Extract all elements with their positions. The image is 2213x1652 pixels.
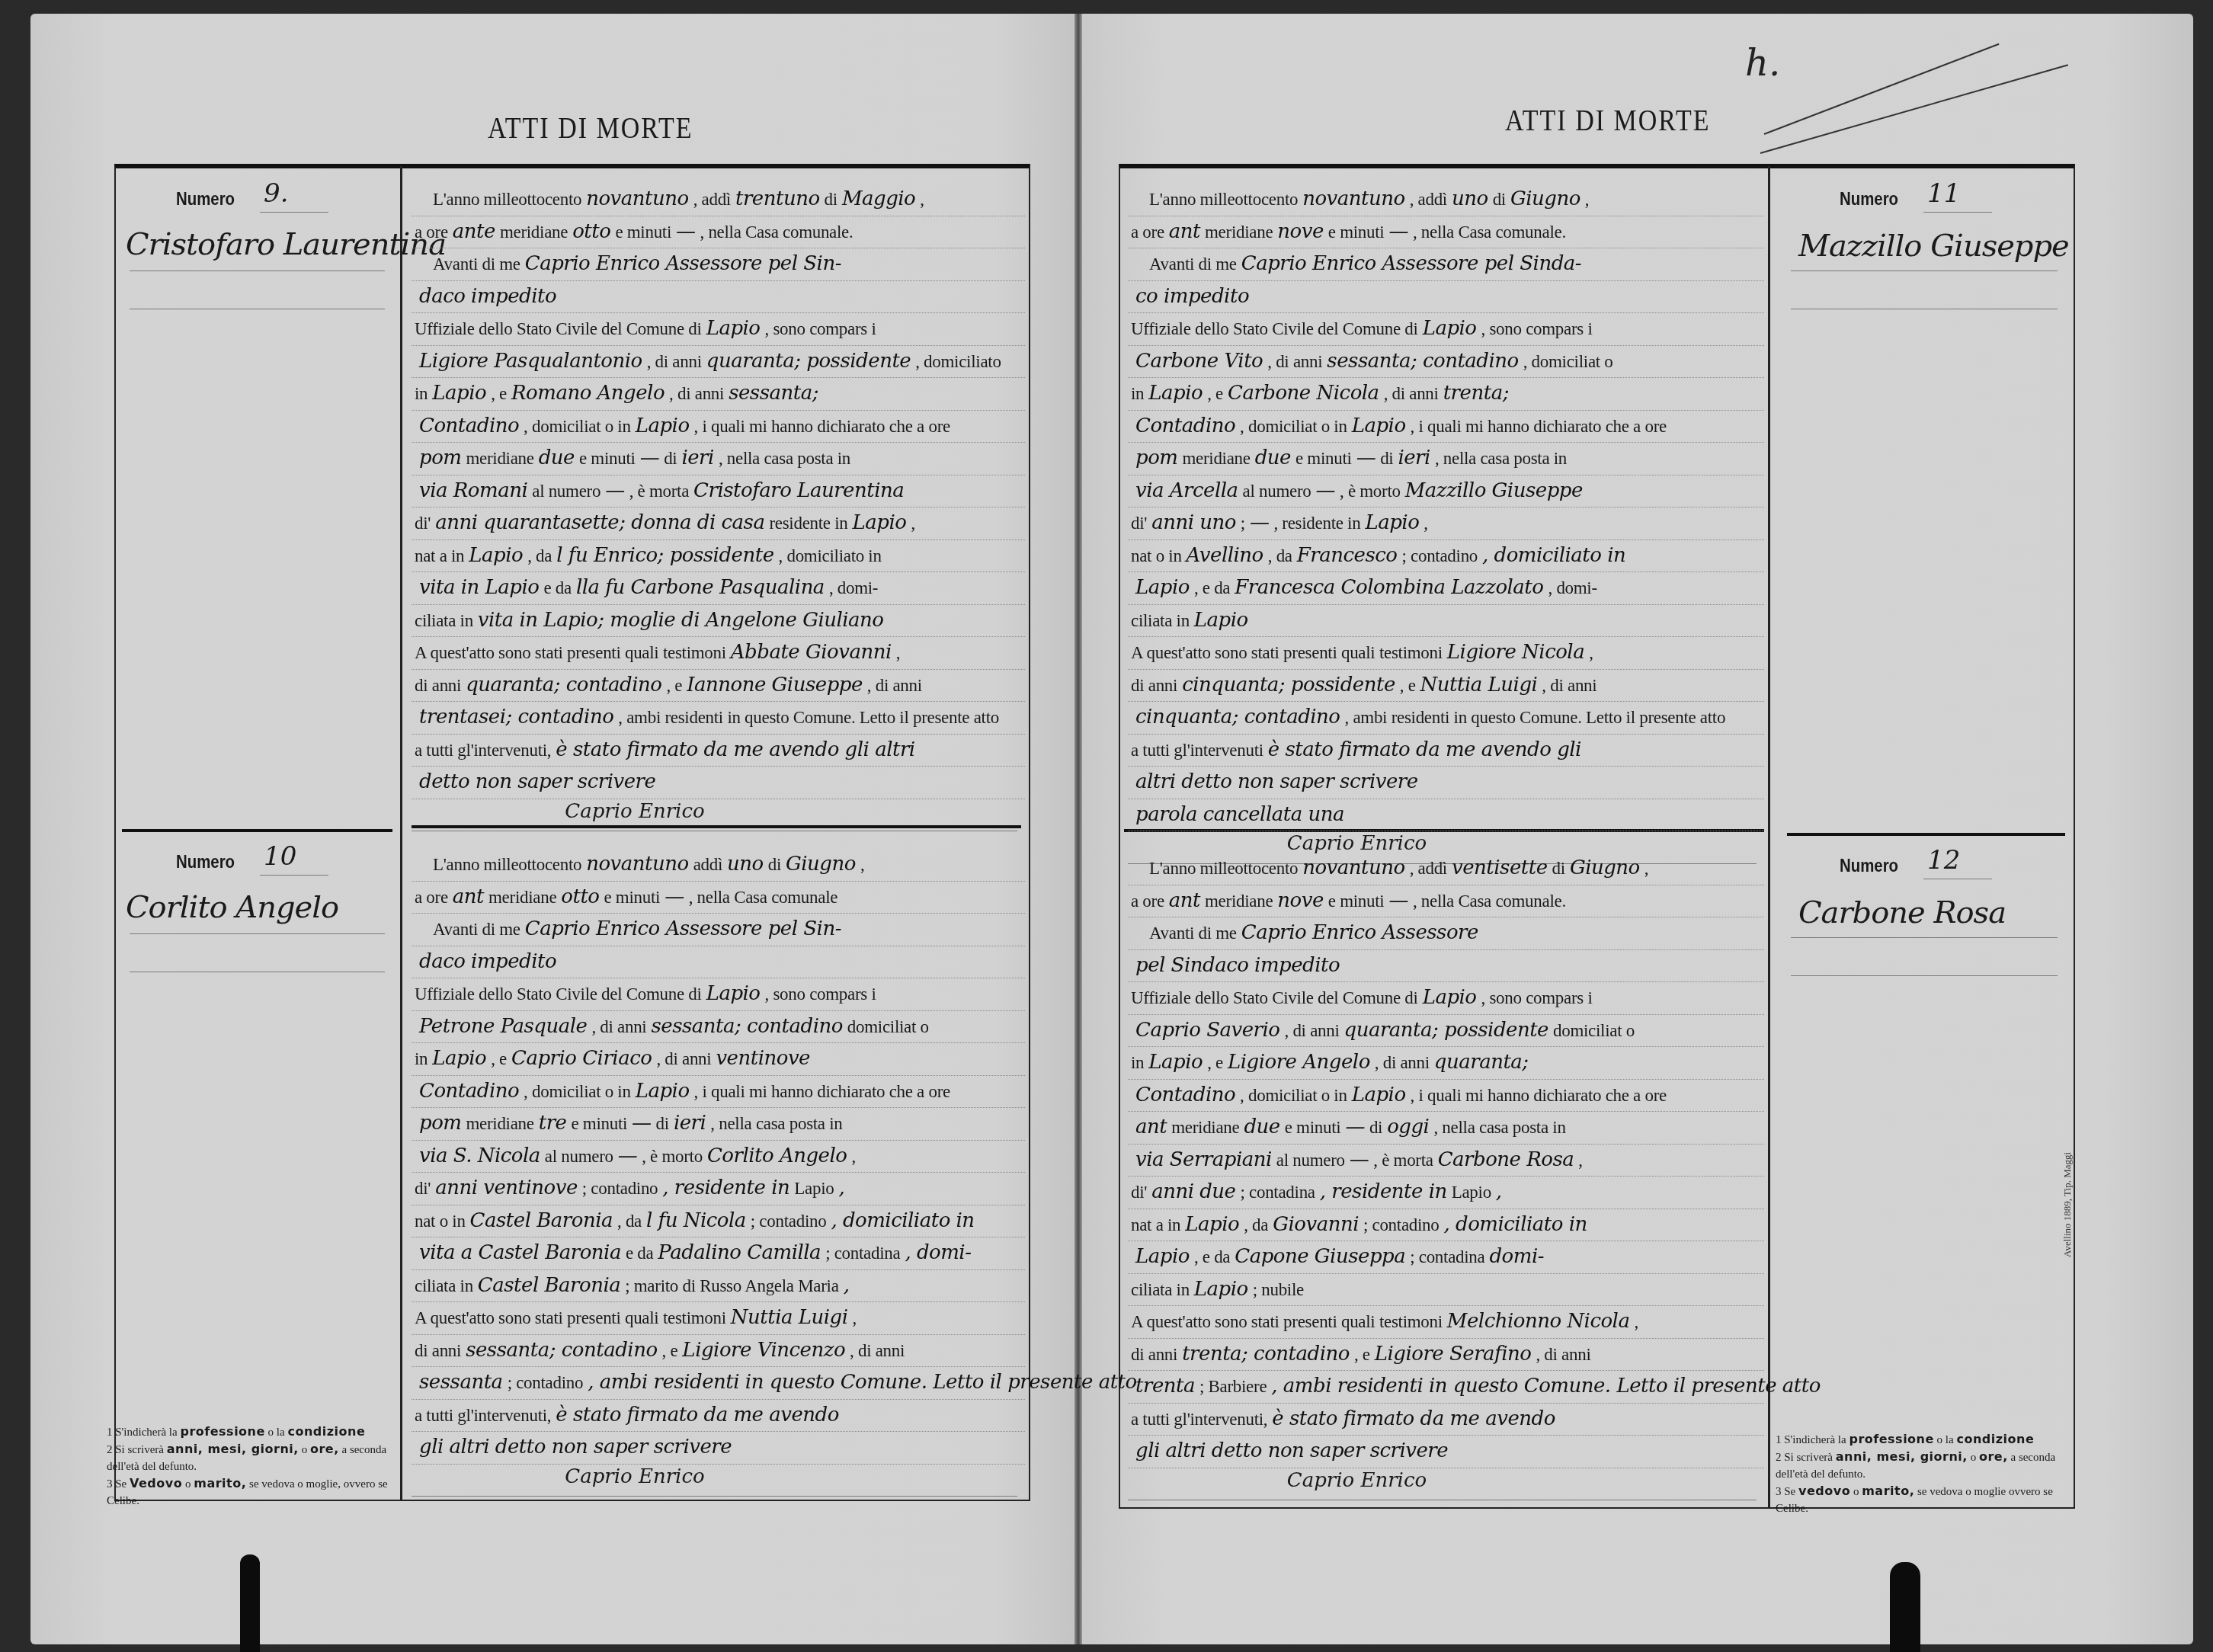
printed-text: meridiane (488, 888, 556, 907)
printed-text: A quest'atto sono stati presenti quali t… (415, 643, 726, 662)
printed-text: Avanti di me (1149, 924, 1237, 943)
handwritten-entry: ant (1164, 220, 1205, 243)
handwritten-entry: quaranta; contadino (461, 674, 666, 696)
printed-text: e minuti (1295, 449, 1352, 468)
printed-text: , è morta (629, 482, 689, 501)
printed-text: , di anni (647, 352, 702, 371)
handwritten-entry: Carbone Rosa (1433, 1148, 1579, 1171)
handwritten-entry: pom (1131, 447, 1182, 469)
handwritten-entry: trenta; (1439, 382, 1513, 405)
handwritten-entry: gli altri detto non saper scrivere (415, 1436, 736, 1458)
form-line: cinquanta; contadino, ambi residenti in … (1128, 701, 1764, 735)
handwritten-entry: trentasei; contadino (415, 706, 618, 728)
handwritten-entry: ieri (669, 1112, 710, 1135)
form-line: parola cancellata una (1128, 799, 1764, 832)
printed-text: , è morta (1373, 1151, 1433, 1170)
printed-text: Uffiziale dello Stato Civile del Comune … (415, 984, 702, 1004)
printed-text: , sono compars i (765, 319, 876, 338)
handwritten-entry: pel Sindaco impedito (1131, 954, 1344, 977)
printed-text: , di anni (1267, 352, 1322, 371)
handwritten-entry: — (1345, 1148, 1374, 1171)
column-divider (1768, 166, 1770, 1507)
printed-text: nat a in (415, 546, 464, 565)
footnote-1: 1 S'indicherà la professione o la condiz… (107, 1423, 389, 1441)
footnote-1: 1 S'indicherà la professione o la condiz… (1776, 1431, 2065, 1449)
printed-text: , e (1400, 676, 1416, 695)
printed-text: di (768, 855, 781, 874)
handwritten-entry: Lapio (1418, 317, 1481, 340)
form-line: vita a Castel Baroniae daPadalino Camill… (412, 1237, 1025, 1270)
handwritten-entry: co impedito (1131, 285, 1254, 308)
officer-signature: Caprio Enrico (1287, 1469, 1427, 1492)
printed-text: A quest'atto sono stati presenti quali t… (1131, 1312, 1443, 1331)
printed-text: di anni (1131, 676, 1177, 695)
form-line: di annisessanta; contadino, eLigiore Vin… (412, 1334, 1025, 1368)
printed-text: , da (527, 546, 552, 565)
corner-annotation: h. (1745, 42, 1780, 85)
handwritten-entry: Castel Baronia (473, 1274, 625, 1297)
printed-text: , domiciliat o (1523, 352, 1613, 371)
printed-text: A quest'atto sono stati presenti quali t… (415, 1308, 726, 1327)
form-line: co impedito (1128, 280, 1764, 314)
handwritten-entry: via Romani (415, 479, 532, 502)
printed-text: L'anno milleottocento (433, 190, 581, 209)
handwritten-entry: Lapio (631, 415, 694, 437)
handwritten-entry: Caprio Saverio (1131, 1019, 1285, 1042)
printed-text: e minuti (615, 223, 671, 242)
printed-text: , (1578, 1151, 1582, 1170)
printed-text: ciliata in (415, 1276, 473, 1295)
printed-text: Avanti di me (433, 920, 520, 939)
handwritten-entry: , residente in (658, 1177, 794, 1199)
handwritten-entry: ieri (1393, 447, 1434, 469)
deceased-name: Carbone Rosa (1798, 895, 2006, 930)
handwritten-entry: gli altri detto non saper scrivere (1131, 1439, 1452, 1462)
printed-text: di' (415, 1179, 431, 1198)
printed-text: e minuti (1328, 223, 1385, 242)
printed-text: , nella Casa comunale. (1413, 223, 1566, 242)
handwritten-entry: uno (1447, 187, 1493, 210)
printed-text: Uffiziale dello Stato Civile del Comune … (415, 319, 702, 338)
handwritten-entry: lla fu Carbone Pasqualina (572, 576, 829, 599)
officer-signature: Caprio Enrico (565, 1465, 704, 1488)
printed-text: meridiane (500, 223, 568, 242)
form-line: L'anno milleottocentonovantuno, addìvent… (1128, 852, 1764, 885)
printed-text: e minuti (1328, 892, 1385, 911)
handwritten-entry: l fu Enrico; possidente (552, 544, 778, 567)
record-number-cell: Numero 11 Mazzillo Giuseppe (1783, 175, 2065, 343)
handwritten-entry: sessanta; contadino (1322, 350, 1523, 373)
printed-text: di (664, 449, 677, 468)
handwritten-entry: quaranta; possidente (1340, 1019, 1553, 1042)
printed-text: di' (1131, 1183, 1147, 1202)
handwritten-entry: nove (1273, 889, 1327, 912)
form-line: pel Sindaco impedito (1128, 949, 1764, 983)
printed-text: di (1493, 190, 1506, 209)
handwritten-entry: sessanta; (724, 382, 823, 405)
handwritten-entry: , residente in (1315, 1180, 1452, 1203)
handwritten-entry: vita a Castel Baronia (415, 1241, 626, 1264)
printed-text: e minuti (571, 1114, 627, 1133)
printed-text: meridiane (466, 1114, 533, 1133)
handwritten-entry: ante (448, 220, 500, 243)
column-divider (400, 166, 402, 1500)
printed-text: , di anni (669, 384, 724, 403)
handwritten-entry: è stato firmato da me avendo (551, 1404, 844, 1426)
handwritten-entry: quaranta; (1430, 1051, 1533, 1074)
form-line: a tutti gl'intervenuti,è stato firmato d… (412, 1399, 1025, 1433)
form-line: via Romanial numero—, è mortaCristofaro … (412, 475, 1025, 508)
form-line: altri detto non saper scrivere (1128, 766, 1764, 799)
handwritten-entry: , domi- (900, 1241, 975, 1264)
printed-text: , nella Casa comunale. (700, 223, 853, 242)
printed-text: , nella Casa comunale (689, 888, 838, 907)
handwritten-entry: sessanta; contadino (646, 1015, 847, 1038)
handwritten-entry: nove (1273, 220, 1327, 243)
form-line: ciliata inCastel Baronia; marito di Russ… (412, 1269, 1025, 1303)
form-line: Avanti di meCaprio Enrico Assessore pel … (412, 248, 1025, 281)
printed-text: , e da (1194, 578, 1230, 597)
printed-text: Uffiziale dello Stato Civile del Comune … (1131, 319, 1418, 338)
form-line: vita in Lapioe dalla fu Carbone Pasquali… (412, 571, 1025, 605)
handwritten-entry: cinquanta; possidente (1177, 674, 1400, 696)
form-line: Avanti di meCaprio Enrico Assessore (1128, 917, 1764, 950)
printed-text: nat o in (415, 1212, 466, 1231)
handwritten-entry: via Arcella (1131, 479, 1243, 502)
printer-imprint: Avellino 1889, Tip. Maggi (2061, 1152, 2074, 1257)
printed-text: , (1589, 643, 1593, 662)
printed-text: di anni (415, 1341, 461, 1360)
printed-text: , è morto (642, 1147, 703, 1166)
deceased-name: Corlito Angelo (126, 890, 338, 925)
form-line: Petrone Pasquale, di annisessanta; conta… (412, 1010, 1025, 1044)
form-line: via S. Nicolaal numero—, è mortoCorlito … (412, 1140, 1025, 1173)
printed-text: a ore (1131, 223, 1164, 242)
printed-text: , (851, 1147, 855, 1166)
handwritten-entry: tre (534, 1112, 572, 1135)
form-line: A quest'atto sono stati presenti quali t… (1128, 1305, 1764, 1339)
form-line: nat a inLapio, daGiovanni; contadino, do… (1128, 1209, 1764, 1242)
handwritten-entry: — (600, 479, 629, 502)
printed-text: a tutti gl'intervenuti (1131, 741, 1263, 760)
printed-text: a ore (1131, 892, 1164, 911)
printed-text: , domiciliato (915, 352, 1001, 371)
printed-text: al numero (1276, 1151, 1345, 1170)
footnote-2: 2 Si scriverà anni, mesi, giorni, o ore,… (107, 1441, 389, 1475)
printed-text: L'anno milleottocento (1149, 859, 1298, 878)
handwritten-entry: — (1384, 889, 1413, 912)
handwritten-entry: altri detto non saper scrivere (1131, 770, 1423, 793)
handwritten-entry: Lapio (631, 1080, 694, 1103)
printed-text: , i quali mi hanno dichiarato che a ore (1411, 1086, 1667, 1105)
handwritten-entry: sessanta; contadino (461, 1339, 661, 1362)
form-line: A quest'atto sono stati presenti quali t… (412, 636, 1025, 670)
form-line: a oreantemeridianeottoe minuti—, nella C… (412, 216, 1025, 249)
printed-text: , di anni (591, 1017, 646, 1036)
handwritten-entry: Ligiore Vincenzo (677, 1339, 850, 1362)
handwritten-entry: Lapio (702, 982, 765, 1005)
record-number: 9. (264, 178, 288, 209)
printed-text: , (1634, 1312, 1638, 1331)
printed-text: , addì (1410, 190, 1447, 209)
handwritten-entry: ant (448, 885, 488, 908)
printed-text: meridiane (466, 449, 533, 468)
printed-text: ; contadino (751, 1212, 827, 1231)
form-line: daco impedito (412, 280, 1025, 314)
printed-text: , di anni (1375, 1053, 1430, 1072)
printed-text: , (860, 855, 864, 874)
handwritten-entry: Francesco (1292, 544, 1402, 567)
printed-text: meridiane (1182, 449, 1250, 468)
form-line: daco impedito (412, 946, 1025, 979)
form-line: inLapio, eLigiore Angelo, di anniquarant… (1128, 1046, 1764, 1080)
handwritten-entry: — (671, 220, 700, 243)
printed-text: L'anno milleottocento (1149, 190, 1298, 209)
handwritten-entry: ant (1164, 889, 1205, 912)
handwritten-entry: Petrone Pasquale (415, 1015, 591, 1038)
printed-text: , da (1244, 1215, 1268, 1234)
printed-text: ; contadino (508, 1373, 584, 1392)
printed-text: a tutti gl'intervenuti, (1131, 1410, 1267, 1429)
printed-text: ciliata in (1131, 1280, 1190, 1299)
handwritten-entry: daco impedito (415, 285, 561, 308)
handwritten-entry: Lapio (702, 317, 765, 340)
handwritten-entry: Caprio Enrico Assessore pel Sin- (520, 252, 846, 275)
printed-text: L'anno milleottocento (433, 855, 581, 874)
printed-text: di anni (1131, 1345, 1177, 1364)
form-line: inLapio, eRomano Angelo, di annisessanta… (412, 377, 1025, 411)
printed-text: a tutti gl'intervenuti, (415, 741, 551, 760)
form-line: Contadino, domiciliat o inLapio, i quali… (412, 410, 1025, 443)
printed-text: meridiane (1171, 1118, 1239, 1137)
printed-text: ; nubile (1253, 1280, 1304, 1299)
handwritten-entry: Mazzillo Giuseppe (1401, 479, 1587, 502)
handwritten-entry: anni quarantasette; donna di casa (431, 511, 769, 534)
handwritten-entry: — (627, 1112, 656, 1135)
handwritten-entry: Francesca Colombina Lazzolato (1230, 576, 1548, 599)
form-line: a oreantmeridianenovee minuti—, nella Ca… (1128, 216, 1764, 249)
form-line: ciliata invita in Lapio; moglie di Angel… (412, 604, 1025, 638)
numero-label: Numero (1840, 856, 1898, 877)
handwritten-entry: due (534, 447, 579, 469)
handwritten-entry: Lapio (1360, 511, 1424, 534)
form-line: Ligiore Pasqualantonio, di anniquaranta;… (412, 345, 1025, 379)
handwritten-entry: anni uno (1147, 511, 1241, 534)
form-line: antmeridianeduee minuti—dioggi, nella ca… (1128, 1111, 1764, 1145)
handwritten-entry: Giugno (1565, 856, 1645, 879)
handwritten-entry: domi- (1484, 1245, 1548, 1268)
printed-text: a tutti gl'intervenuti, (415, 1406, 551, 1425)
printed-text: meridiane (1205, 892, 1273, 911)
handwritten-entry: trenta; contadino (1177, 1343, 1354, 1365)
form-line: nat o inCastel Baronia, dal fu Nicola; c… (412, 1205, 1025, 1238)
printed-text: ; contadino (1402, 546, 1478, 565)
handwritten-entry: trentuno (731, 187, 825, 210)
handwritten-entry: detto non saper scrivere (415, 770, 660, 793)
death-record-form: L'anno milleottocentonovantunoaddìunodiG… (412, 834, 1025, 1482)
handwritten-entry: — (613, 1145, 642, 1167)
printed-text: e minuti (1285, 1118, 1341, 1137)
printed-text: di' (1131, 514, 1147, 533)
handwritten-entry: Lapio (464, 544, 527, 567)
handwritten-entry: Giugno (1506, 187, 1585, 210)
handwritten-entry: Ligiore Pasqualantonio (415, 350, 647, 373)
handwritten-entry: — (1352, 447, 1381, 469)
form-line: di'anni uno;—, residente inLapio, (1128, 507, 1764, 540)
printed-text: , nella casa posta in (1433, 1118, 1565, 1137)
printed-text: , di anni (1285, 1021, 1340, 1040)
printed-text: , da (617, 1212, 642, 1231)
printed-text: domiciliat o (1553, 1021, 1635, 1040)
handwritten-entry: Carbone Vito (1131, 350, 1267, 373)
printed-text: ciliata in (1131, 611, 1190, 630)
printed-text: , ambi residenti in questo Comune. Letto… (618, 708, 999, 727)
printed-text: , di anni (850, 1341, 905, 1360)
printed-text: e da (543, 578, 571, 597)
printed-text: ; Barbiere (1199, 1377, 1267, 1396)
form-line: L'anno milleottocentonovantuno, addìunod… (1128, 183, 1764, 216)
handwritten-entry: Nuttia Luigi (1416, 674, 1542, 696)
handwritten-entry: Avellino (1182, 544, 1268, 567)
printed-text: al numero (545, 1147, 613, 1166)
printed-text: , e (1207, 384, 1223, 403)
handwritten-entry: Lapio (1190, 1278, 1253, 1301)
handwritten-entry: Lapio (1418, 986, 1481, 1009)
printed-text: di' (415, 514, 431, 533)
handwritten-entry: , (1491, 1180, 1507, 1203)
deceased-name: Cristofaro Laurentina (126, 227, 446, 262)
page-title-right: ATTI DI MORTE (1505, 104, 1710, 139)
form-line: Caprio Saverio, di anniquaranta; posside… (1128, 1014, 1764, 1048)
printed-text: di anni (415, 676, 461, 695)
handwritten-entry: , domiciliato in (826, 1209, 978, 1232)
printed-text: Avanti di me (1149, 255, 1237, 274)
printed-text: , domi- (1548, 578, 1596, 597)
death-record-form: L'anno milleottocentonovantuno, addìvent… (1128, 838, 1764, 1486)
form-line: a tutti gl'intervenutiè stato firmato da… (1128, 734, 1764, 767)
printed-text: , domi- (829, 578, 878, 597)
form-line: inLapio, eCarbone Nicola, di annitrenta; (1128, 377, 1764, 411)
printed-text: , e (666, 676, 682, 695)
form-line: L'anno milleottocentonovantuno, addìtren… (412, 183, 1025, 216)
handwritten-entry: — (1384, 220, 1413, 243)
form-line: A quest'atto sono stati presenti quali t… (412, 1301, 1025, 1335)
handwritten-entry: Caprio Enrico Assessore pel Sin- (520, 917, 846, 940)
printed-text: nat a in (1131, 1215, 1180, 1234)
bookmark-ribbon (1890, 1562, 1920, 1652)
numero-label: Numero (1840, 189, 1898, 210)
record-number-cell: Numero 12 Carbone Rosa (1783, 842, 2065, 1010)
form-line: a oreantmeridianeottoe minuti—, nella Ca… (412, 881, 1025, 914)
handwritten-entry: novantuno (1298, 856, 1409, 879)
handwritten-entry: Ligiore Nicola (1443, 641, 1589, 664)
handwritten-entry: Caprio Enrico Assessore (1237, 921, 1483, 944)
printed-text: , e (1207, 1053, 1223, 1072)
printed-text: A quest'atto sono stati presenti quali t… (1131, 643, 1443, 662)
handwritten-entry: Lapio (1144, 382, 1207, 405)
handwritten-entry: Lapio (428, 1047, 491, 1070)
form-line: Avanti di meCaprio Enrico Assessore pel … (1128, 248, 1764, 281)
handwritten-entry: uno (722, 853, 768, 876)
form-line: pommeridianetree minuti—diieri, nella ca… (412, 1107, 1025, 1141)
handwritten-entry: Iannone Giuseppe (682, 674, 867, 696)
form-line: di annicinquanta; possidente, eNuttia Lu… (1128, 669, 1764, 703)
form-line: trenta; Barbiere, ambi residenti in ques… (1128, 1370, 1764, 1404)
record-number-cell: Numero 9. Cristofaro Laurentina (122, 175, 392, 343)
handwritten-entry: Lapio (1190, 609, 1253, 632)
handwritten-entry: , ambi residenti in questo Comune. Letto… (1267, 1375, 1825, 1397)
printed-text: , e (491, 1049, 507, 1068)
handwritten-entry: trenta (1131, 1375, 1199, 1397)
handwritten-entry: Lapio (1347, 1084, 1411, 1106)
printed-text: di (1552, 859, 1565, 878)
footnotes-right: 1 S'indicherà la professione o la condiz… (1776, 1431, 2065, 1517)
footnote-3: 3 Se Vedovo o marito, se vedova o moglie… (107, 1475, 389, 1510)
printed-text: , è morto (1340, 482, 1401, 501)
form-line: Uffiziale dello Stato Civile del Comune … (1128, 312, 1764, 346)
handwritten-entry (1304, 1278, 1313, 1301)
printed-text: , addì (693, 190, 731, 209)
printed-text: , e (491, 384, 507, 403)
form-line: Uffiziale dello Stato Civile del Comune … (1128, 981, 1764, 1015)
handwritten-entry: Caprio Enrico Assessore pel Sinda- (1237, 252, 1586, 275)
printed-text: in (1131, 384, 1144, 403)
printed-text: ; contadina (825, 1244, 900, 1263)
printed-text: , di anni (1536, 1345, 1590, 1364)
printed-text: ; contadina (1410, 1247, 1484, 1266)
printed-text: , domiciliat o in (1240, 417, 1347, 436)
handwritten-entry: pom (415, 1112, 466, 1135)
handwritten-entry: , domiciliato in (1478, 544, 1630, 567)
handwritten-entry: Contadino (415, 1080, 524, 1103)
handwritten-entry: Abbate Giovanni (726, 641, 896, 664)
printed-text: ciliata in (415, 611, 473, 630)
form-line: di annitrenta; contadino, eLigiore Seraf… (1128, 1338, 1764, 1372)
handwritten-entry: anni ventinove (431, 1177, 582, 1199)
printed-text: ; contadina (1241, 1183, 1315, 1202)
printed-text: , (853, 1308, 857, 1327)
printed-text: , sono compars i (1481, 988, 1593, 1007)
printed-text: , (1585, 190, 1589, 209)
printed-text: , da (1268, 546, 1292, 565)
record-number-cell: Numero 10 Corlito Angelo (122, 838, 392, 1006)
printed-text: e da (626, 1244, 653, 1263)
printed-text: nat o in (1131, 546, 1182, 565)
printed-text: , addì (1410, 859, 1447, 878)
handwritten-entry: — (636, 447, 665, 469)
printed-text: in (1131, 1053, 1144, 1072)
handwritten-entry: Carbone Nicola (1223, 382, 1384, 405)
form-line: Contadino, domiciliat o inLapio, i quali… (412, 1075, 1025, 1109)
form-line: ciliata inLapio (1128, 604, 1764, 638)
handwritten-entry: cinquanta; contadino (1131, 706, 1345, 728)
form-line: Lapio, e daFrancesca Colombina Lazzolato… (1128, 571, 1764, 605)
form-line: di'anni quarantasette; donna di casaresi… (412, 507, 1025, 540)
handwritten-entry: Cristofaro Laurentina (689, 479, 908, 502)
printed-text: , i quali mi hanno dichiarato che a ore (694, 1082, 950, 1101)
handwritten-entry: via Serrapiani (1131, 1148, 1276, 1171)
handwritten-entry: otto (568, 220, 615, 243)
printed-text: e minuti (604, 888, 661, 907)
handwritten-entry: parola cancellata una (1131, 803, 1349, 826)
record-number: 11 (1927, 178, 1960, 209)
handwritten-entry: sessanta (415, 1371, 508, 1394)
form-line: nat o inAvellino, daFrancesco; contadino… (1128, 539, 1764, 573)
printed-text: ; marito di Russo Angela Maria (625, 1276, 838, 1295)
printed-text: ; contadino (1363, 1215, 1440, 1234)
handwritten-entry: Lapio (1180, 1213, 1244, 1236)
form-line: pommeridianeduee minuti—diieri, nella ca… (412, 442, 1025, 475)
